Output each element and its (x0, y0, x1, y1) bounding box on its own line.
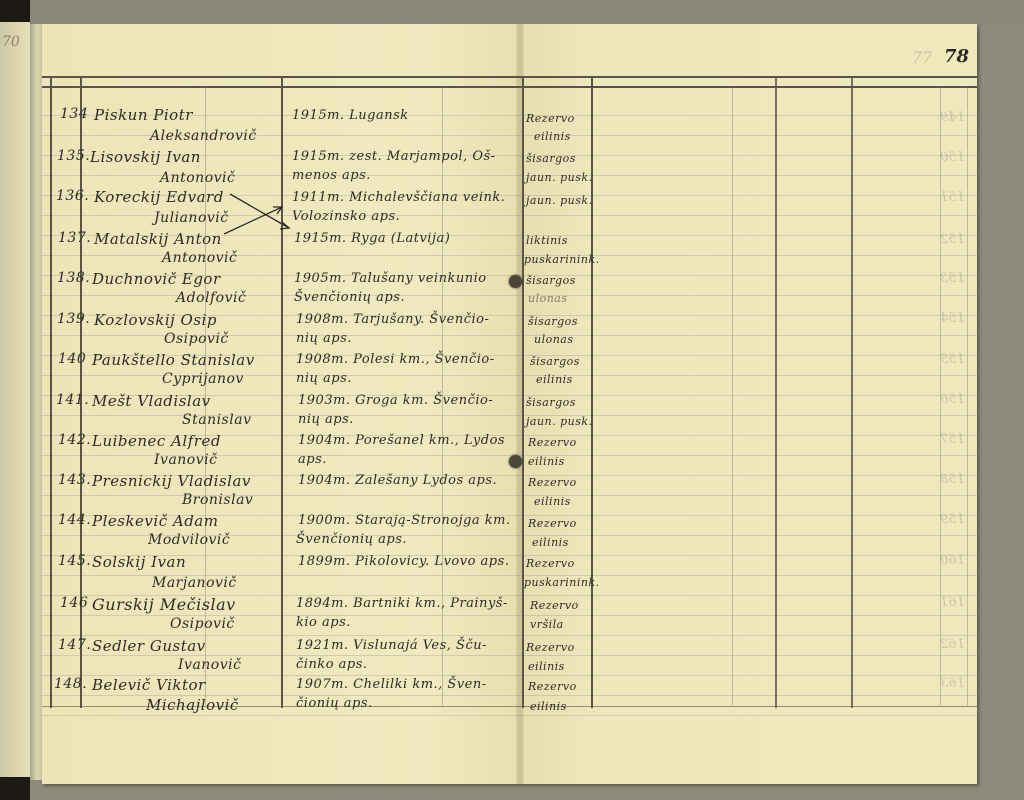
entry-birth-line2: čionių aps. (296, 696, 373, 711)
entry-number: 145. (58, 553, 91, 569)
entry-birth-line2: aps. (298, 452, 327, 467)
entry-birth-line1: 1904m. Zalešany Lydos aps. (298, 473, 497, 488)
entry-number: 142. (58, 432, 91, 448)
entry-rank-line2: ulonas (528, 292, 568, 305)
scan-backdrop (0, 0, 1024, 26)
entry-patronymic: Antonovič (160, 170, 235, 186)
entry-birth-line2: nių aps. (296, 331, 352, 346)
entry-name: Lisovskij Ivan (90, 148, 201, 166)
previous-page-number: 70 (2, 34, 20, 50)
entry-patronymic: Cyprijanov (162, 371, 244, 387)
entry-birth-line1: 1894m. Bartniki km., Prainyš- (296, 596, 508, 611)
entry-patronymic: Julianovič (154, 210, 229, 226)
entry-rank-line1: Rezervo (528, 517, 577, 530)
previous-page-edge: 70 (0, 22, 31, 777)
entry-name: Presnickij Vladislav (92, 472, 251, 490)
entry-birth-line1: 1908m. Polesi km., Švenčio- (296, 352, 495, 367)
entry-rank-line1: Rezervo (528, 436, 577, 449)
ghost-number: 159 (940, 512, 965, 527)
entry-name: Paukštello Stanislav (92, 351, 255, 369)
entry-name: Sedler Gustav (92, 637, 206, 655)
entry-patronymic: Stanislav (182, 412, 251, 428)
ghost-number: 162 (940, 637, 965, 652)
ghost-number: 154 (940, 311, 965, 326)
ghost-number: 161 (940, 595, 965, 610)
entry-rank-line2: eilinis (528, 455, 565, 468)
ghost-number: 150 (940, 150, 965, 165)
entry-number: 141. (56, 392, 89, 408)
entry-rank-line2: jaun. pusk. (526, 171, 593, 184)
entry-number: 147. (58, 637, 91, 653)
entry-birth-line1: 1915m. Lugansk (292, 108, 409, 123)
ghost-number: 156 (940, 392, 965, 407)
ghost-number: 160 (940, 553, 965, 568)
entry-patronymic: Aleksandrovič (150, 128, 257, 144)
entry-birth-line1: 1921m. Vislunajá Ves, Šču- (296, 638, 487, 653)
entry-name: Piskun Piotr (94, 106, 193, 124)
entry-number: 144. (58, 512, 91, 528)
entry-number: 146 (60, 595, 88, 611)
entry-name: Belevič Viktor (92, 676, 206, 694)
entry-patronymic: Ivanovič (178, 657, 241, 673)
entry-birth-line1: 1908m. Tarjušany. Švenčio- (296, 312, 489, 327)
entry-rank-line2: eilinis (536, 373, 573, 386)
entry-rank-line1: Rezervo (528, 680, 577, 693)
entry-birth-line1: 1903m. Groga km. Švenčio- (298, 393, 493, 408)
entry-patronymic: Michajlovič (146, 696, 239, 714)
entry-rank-line2: eilinis (534, 130, 571, 143)
entry-birth-line1: 1899m. Pikolovicy. Lvovo aps. (298, 554, 509, 569)
ghost-number: 151 (940, 190, 965, 205)
entry-rank-line1: Rezervo (526, 557, 575, 570)
entry-patronymic: Modvilovič (148, 532, 230, 548)
entry-name: Koreckij Edvard (94, 188, 224, 206)
entry-rank-line2: eilinis (530, 700, 567, 713)
entry-birth-line1: 1907m. Chelilki km., Šven- (296, 677, 487, 692)
entry-birth-line2: nių aps. (296, 371, 352, 386)
entry-rank-line1: Rezervo (526, 112, 575, 125)
ghost-number: 155 (940, 352, 965, 367)
entry-birth-line2: nių aps. (298, 412, 354, 427)
ghost-number: 163 (940, 676, 965, 691)
open-ledger: 77 78 134 Piskun Piotr Aleksandrovič 191… (42, 24, 977, 784)
entry-rank-line1: šisargos (526, 396, 576, 409)
entry-rank-line1: šisargos (530, 355, 580, 368)
entry-rank-line1: Rezervo (530, 599, 579, 612)
entry-name: Duchnovič Egor (92, 270, 221, 288)
entry-name: Matalskij Anton (94, 230, 222, 248)
entry-birth-line1: 1905m. Talušany veinkunio (294, 271, 487, 286)
entry-rank-line1: šisargos (526, 274, 576, 287)
entry-rank-line1: liktinis (526, 234, 568, 247)
entry-patronymic: Osipovič (170, 616, 235, 632)
entry-birth-line2: Švenčionių aps. (296, 532, 407, 547)
binding-strip (30, 24, 42, 780)
entry-number: 134 (60, 106, 88, 122)
entry-name: Mešt Vladislav (92, 392, 211, 410)
entry-number: 137. (58, 230, 91, 246)
entry-birth-line1: 1915m. zest. Marjampol, Oš- (292, 149, 496, 164)
entry-birth-line1: 1911m. Michalevščiana veink. (292, 190, 505, 205)
entry-birth-line2: Volozinsko aps. (292, 209, 400, 224)
entry-name: Pleskevič Adam (92, 512, 218, 530)
entry-number: 148. (54, 676, 87, 692)
entry-rank-line1: Rezervo (526, 641, 575, 654)
entry-number: 138. (57, 270, 90, 286)
entry-rank-line2: ulonas (534, 333, 574, 346)
entry-name: Solskij Ivan (92, 553, 186, 571)
entry-rank-line2: eilinis (528, 660, 565, 673)
entry-birth-line1: 1915m. Ryga (Latvija) (294, 231, 450, 246)
entry-rank-line2: eilinis (532, 536, 569, 549)
entry-name: Kozlovskij Osip (94, 311, 217, 329)
entry-rank-line1: šisargos (526, 152, 576, 165)
entry-rank-line2: jaun. pusk. (526, 415, 593, 428)
entry-rank-line1: jaun. pusk. (526, 194, 593, 207)
entry-patronymic: Marjanovič (152, 575, 237, 591)
entry-number: 135. (57, 148, 90, 164)
entry-birth-line2: Švenčionių aps. (294, 290, 405, 305)
entry-name: Gurskij Mečislav (92, 595, 236, 614)
entry-number: 143. (58, 472, 91, 488)
ghost-number: 152 (940, 232, 965, 247)
entry-patronymic: Osipovič (164, 331, 229, 347)
entry-patronymic: Adolfovič (176, 290, 246, 306)
entry-birth-line2: menos aps. (292, 168, 371, 183)
entry-patronymic: Ivanovič (154, 452, 217, 468)
entry-patronymic: Bronislav (182, 492, 253, 508)
entry-number: 139. (57, 311, 90, 327)
entry-rank-line2: eilinis (534, 495, 571, 508)
entry-patronymic: Antonovič (162, 250, 237, 266)
entry-number: 136. (56, 188, 89, 204)
entry-number: 140 (58, 351, 86, 367)
ghost-number: 157 (940, 432, 965, 447)
entry-rank-line2: vršila (530, 618, 564, 631)
entry-birth-line1: 1900m. Starają-Stronojga km. (298, 513, 511, 528)
entry-rank-line2: puskarinink. (524, 576, 600, 589)
entry-rank-line1: šisargos (528, 315, 578, 328)
ghost-number: 153 (940, 271, 965, 286)
entry-name: Luibenec Alfred (92, 432, 221, 450)
ghost-number: 149 (940, 110, 965, 125)
entry-birth-line1: 1904m. Porešanel km., Lydos (298, 433, 505, 448)
entry-rank-line2: puskarinink. (524, 253, 600, 266)
entry-birth-line2: činko aps. (296, 657, 368, 672)
entry-rank-line1: Rezervo (528, 476, 577, 489)
ghost-number: 158 (940, 472, 965, 487)
entry-birth-line2: kio aps. (296, 615, 351, 630)
